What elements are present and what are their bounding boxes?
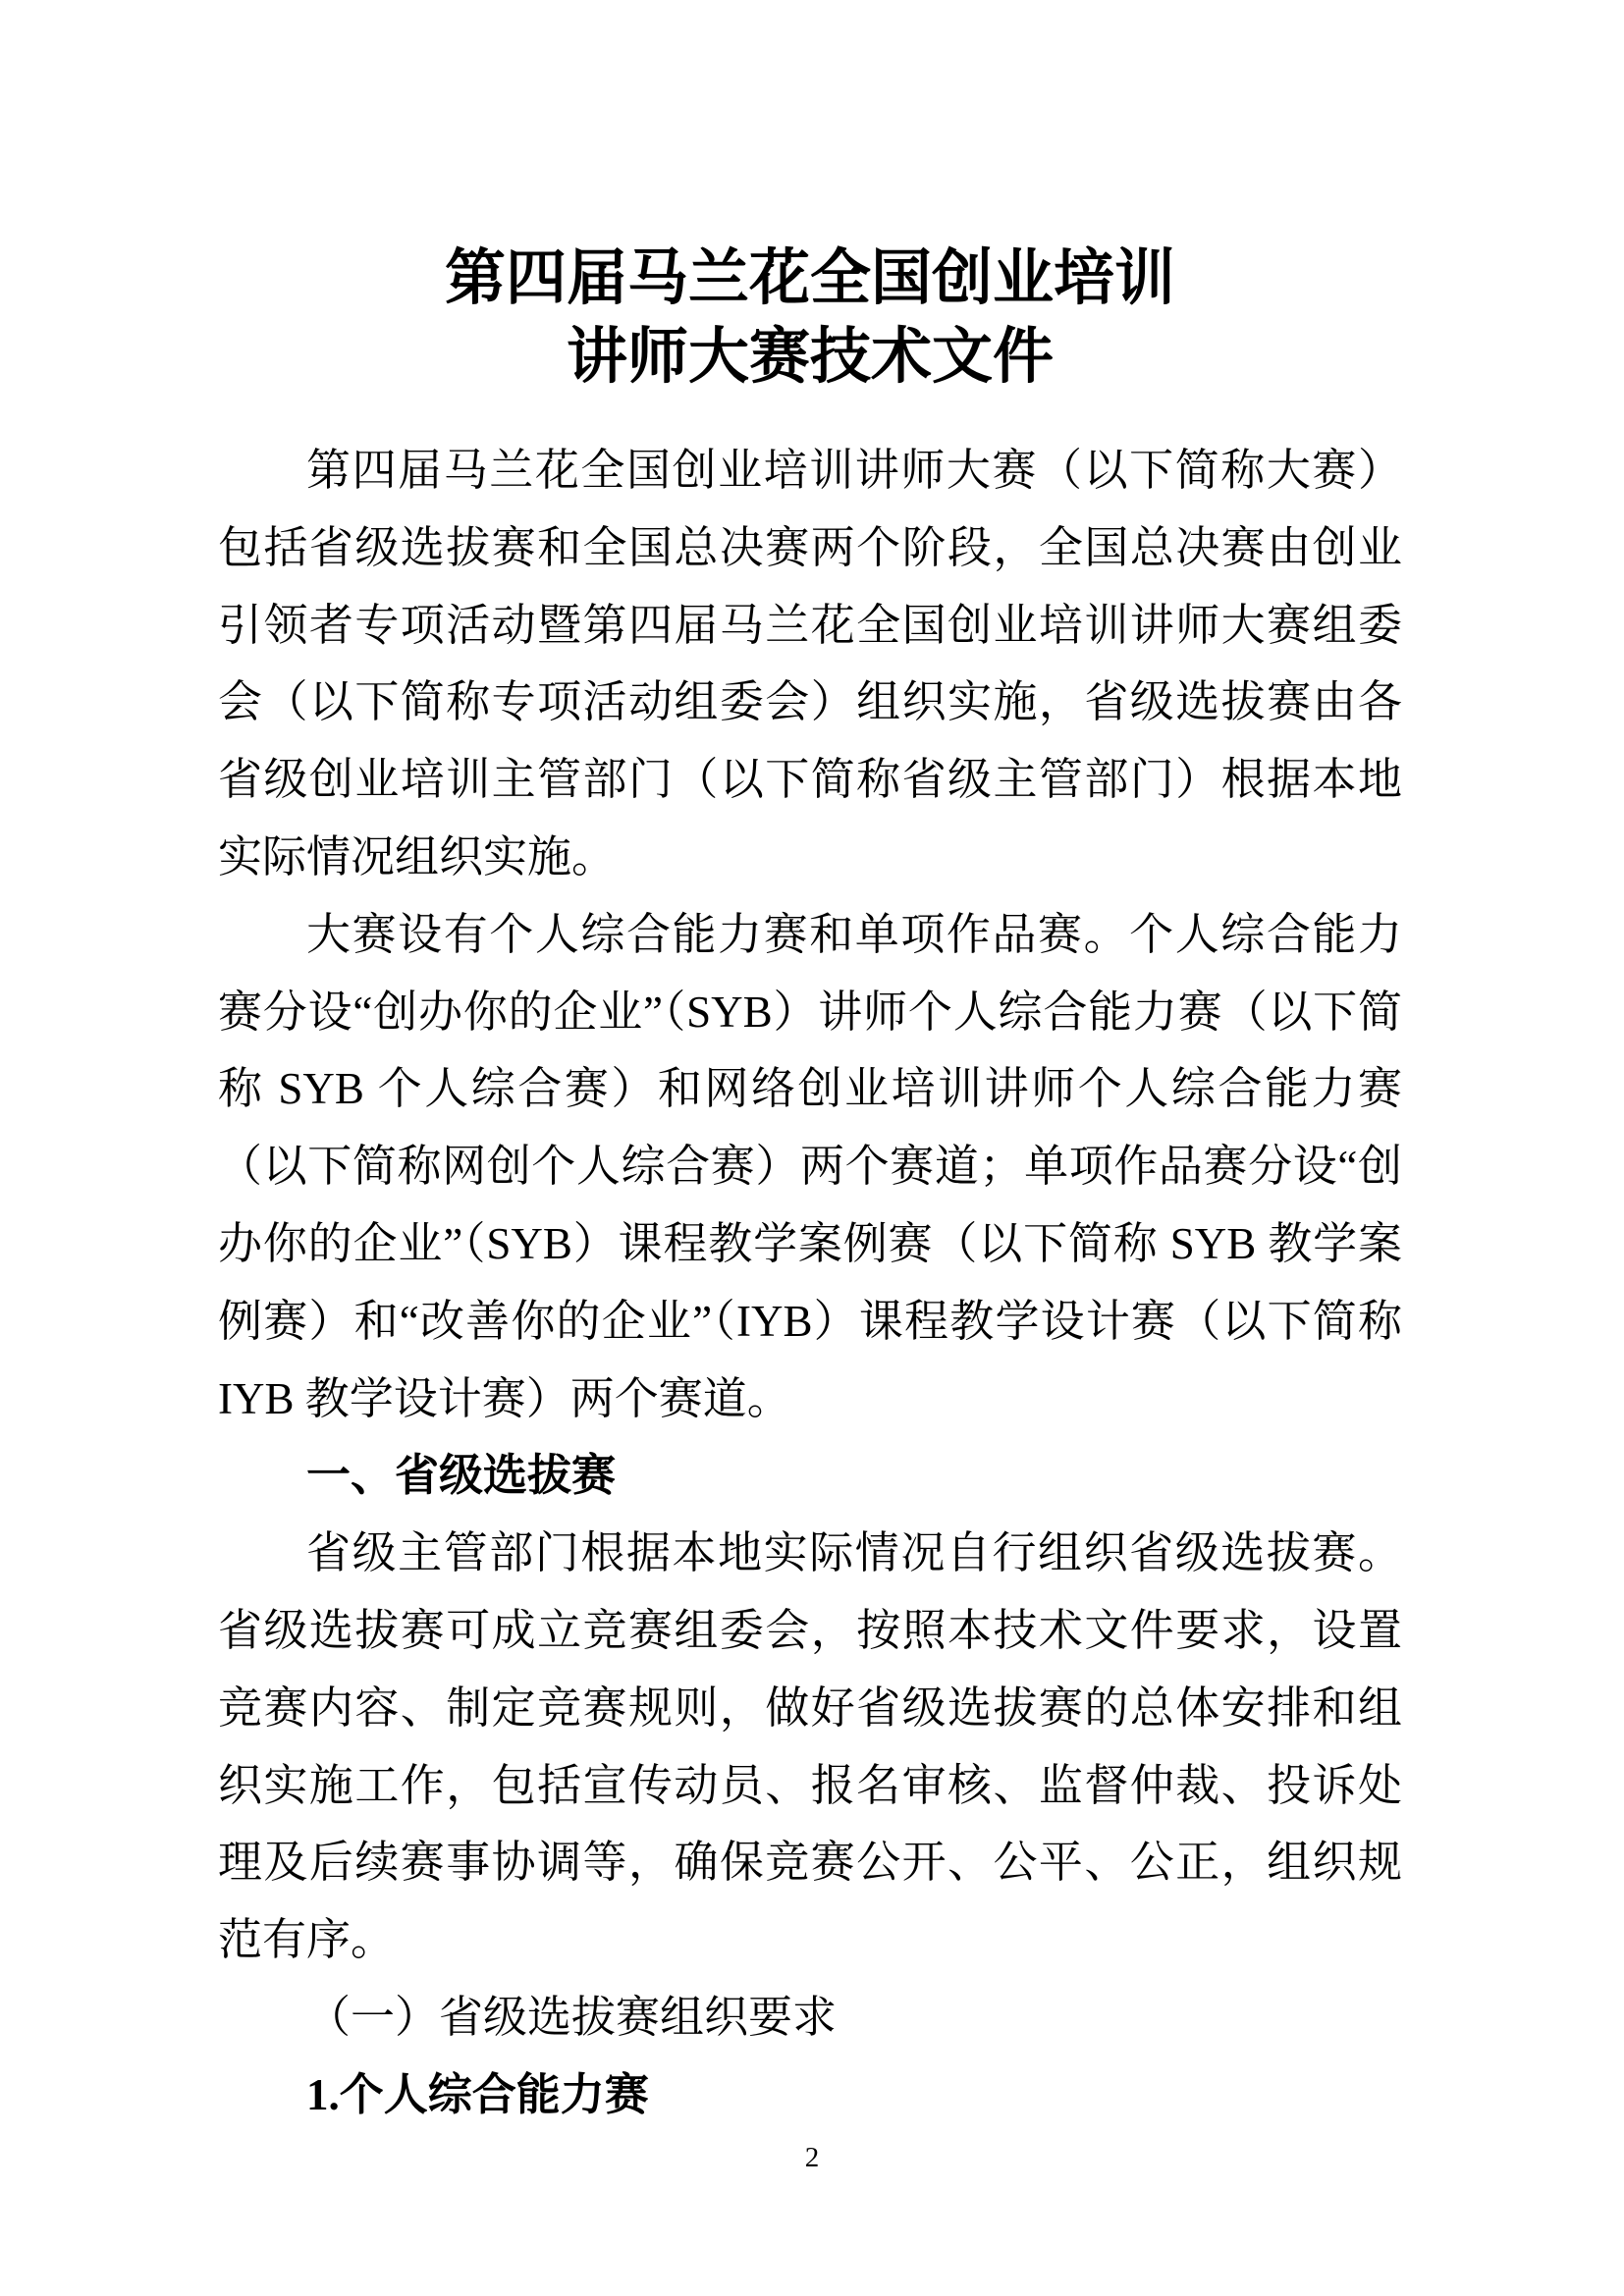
document-title-line-2: 讲师大赛技术文件 xyxy=(218,318,1402,397)
paragraph-competition-tracks: 大赛设有个人综合能力赛和单项作品赛。个人综合能力赛分设“创办你的企业”（SYB）… xyxy=(218,896,1402,1438)
section-heading-provincial-selection: 一、省级选拔赛 xyxy=(218,1437,1402,1515)
item-heading-individual-ability-contest: 1.个人综合能力赛 xyxy=(218,2056,1402,2134)
page-number: 2 xyxy=(0,2138,1624,2177)
subsection-heading-organization-requirements: （一）省级选拔赛组织要求 xyxy=(218,1979,1402,2056)
document-title: 第四届马兰花全国创业培训 讲师大赛技术文件 xyxy=(218,240,1402,397)
document-content: 第四届马兰花全国创业培训 讲师大赛技术文件 第四届马兰花全国创业培训讲师大赛（以… xyxy=(218,240,1402,2134)
paragraph-competition-overview: 第四届马兰花全国创业培训讲师大赛（以下简称大赛）包括省级选拔赛和全国总决赛两个阶… xyxy=(218,432,1402,896)
paragraph-provincial-organization: 省级主管部门根据本地实际情况自行组织省级选拔赛。省级选拔赛可成立竞赛组委会，按照… xyxy=(218,1515,1402,1979)
document-body: 第四届马兰花全国创业培训讲师大赛（以下简称大赛）包括省级选拔赛和全国总决赛两个阶… xyxy=(218,432,1402,2134)
document-title-line-1: 第四届马兰花全国创业培训 xyxy=(218,240,1402,318)
document-page: 第四届马兰花全国创业培训 讲师大赛技术文件 第四届马兰花全国创业培训讲师大赛（以… xyxy=(0,0,1624,2296)
